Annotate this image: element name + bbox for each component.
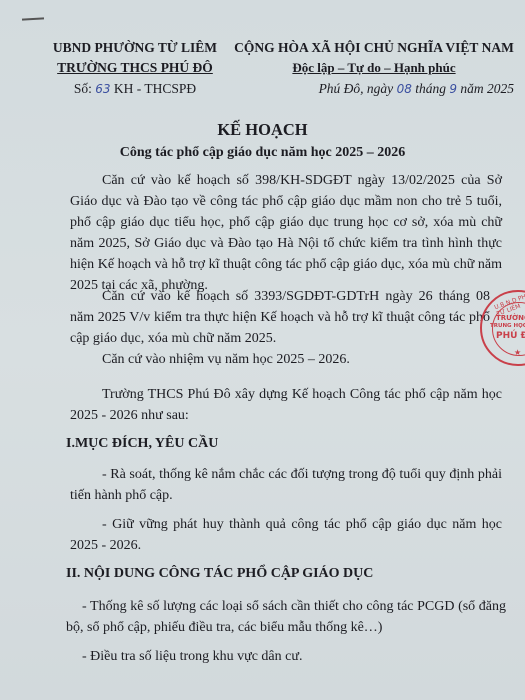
handwritten-number: 63 [95,82,110,96]
paragraph-basis-1: Căn cứ vào kế hoạch số 398/KH-SDGĐT ngày… [70,170,502,296]
section-1-heading: I.MỤC ĐÍCH, YÊU CẦU [66,436,218,452]
document-page: UBND PHƯỜNG TỪ LIÊM TRƯỜNG THCS PHÚ ĐÔ S… [0,0,525,700]
pen-mark [22,17,44,20]
document-number: Số: 63 KH - THCSPĐ [30,78,240,100]
issue-date: Phú Đô, ngày 08 tháng 9 năm 2025 [224,78,524,100]
section-2-item: - Điều tra số liệu trong khu vực dân cư. [66,646,498,667]
document-subtitle: Công tác phổ cập giáo dục năm học 2025 –… [0,145,525,161]
section-1-item: - Rà soát, thống kê nắm chắc các đối tượ… [70,464,502,506]
section-2-heading: II. NỘI DUNG CÔNG TÁC PHỔ CẬP GIÁO DỤC [66,566,373,582]
paragraph-intro: Trường THCS Phú Đô xây dựng Kế hoạch Côn… [70,384,502,426]
section-1-item: - Giữ vững phát huy thành quả công tác p… [70,514,502,556]
section-2-item: - Thống kê số lượng các loại sổ sách cần… [66,596,506,638]
issuer-block: UBND PHƯỜNG TỪ LIÊM TRƯỜNG THCS PHÚ ĐÔ S… [30,38,240,100]
document-title: KẾ HOẠCH [0,120,525,140]
issuer-authority: UBND PHƯỜNG TỪ LIÊM [30,38,240,58]
national-title: CỘNG HÒA XÃ HỘI CHỦ NGHĨA VIỆT NAM [224,38,524,58]
national-block: CỘNG HÒA XÃ HỘI CHỦ NGHĨA VIỆT NAM Độc l… [224,38,524,100]
star-icon: ★ [514,348,521,357]
issuer-school: TRƯỜNG THCS PHÚ ĐÔ [30,58,240,78]
paragraph-basis-3: Căn cứ vào nhiệm vụ năm học 2025 – 2026. [70,349,502,370]
national-motto: Độc lập – Tự do – Hạnh phúc [224,58,524,78]
paragraph-basis-2: Căn cứ vào kế hoạch số 3393/SGDĐT-GDTrH … [70,286,490,349]
